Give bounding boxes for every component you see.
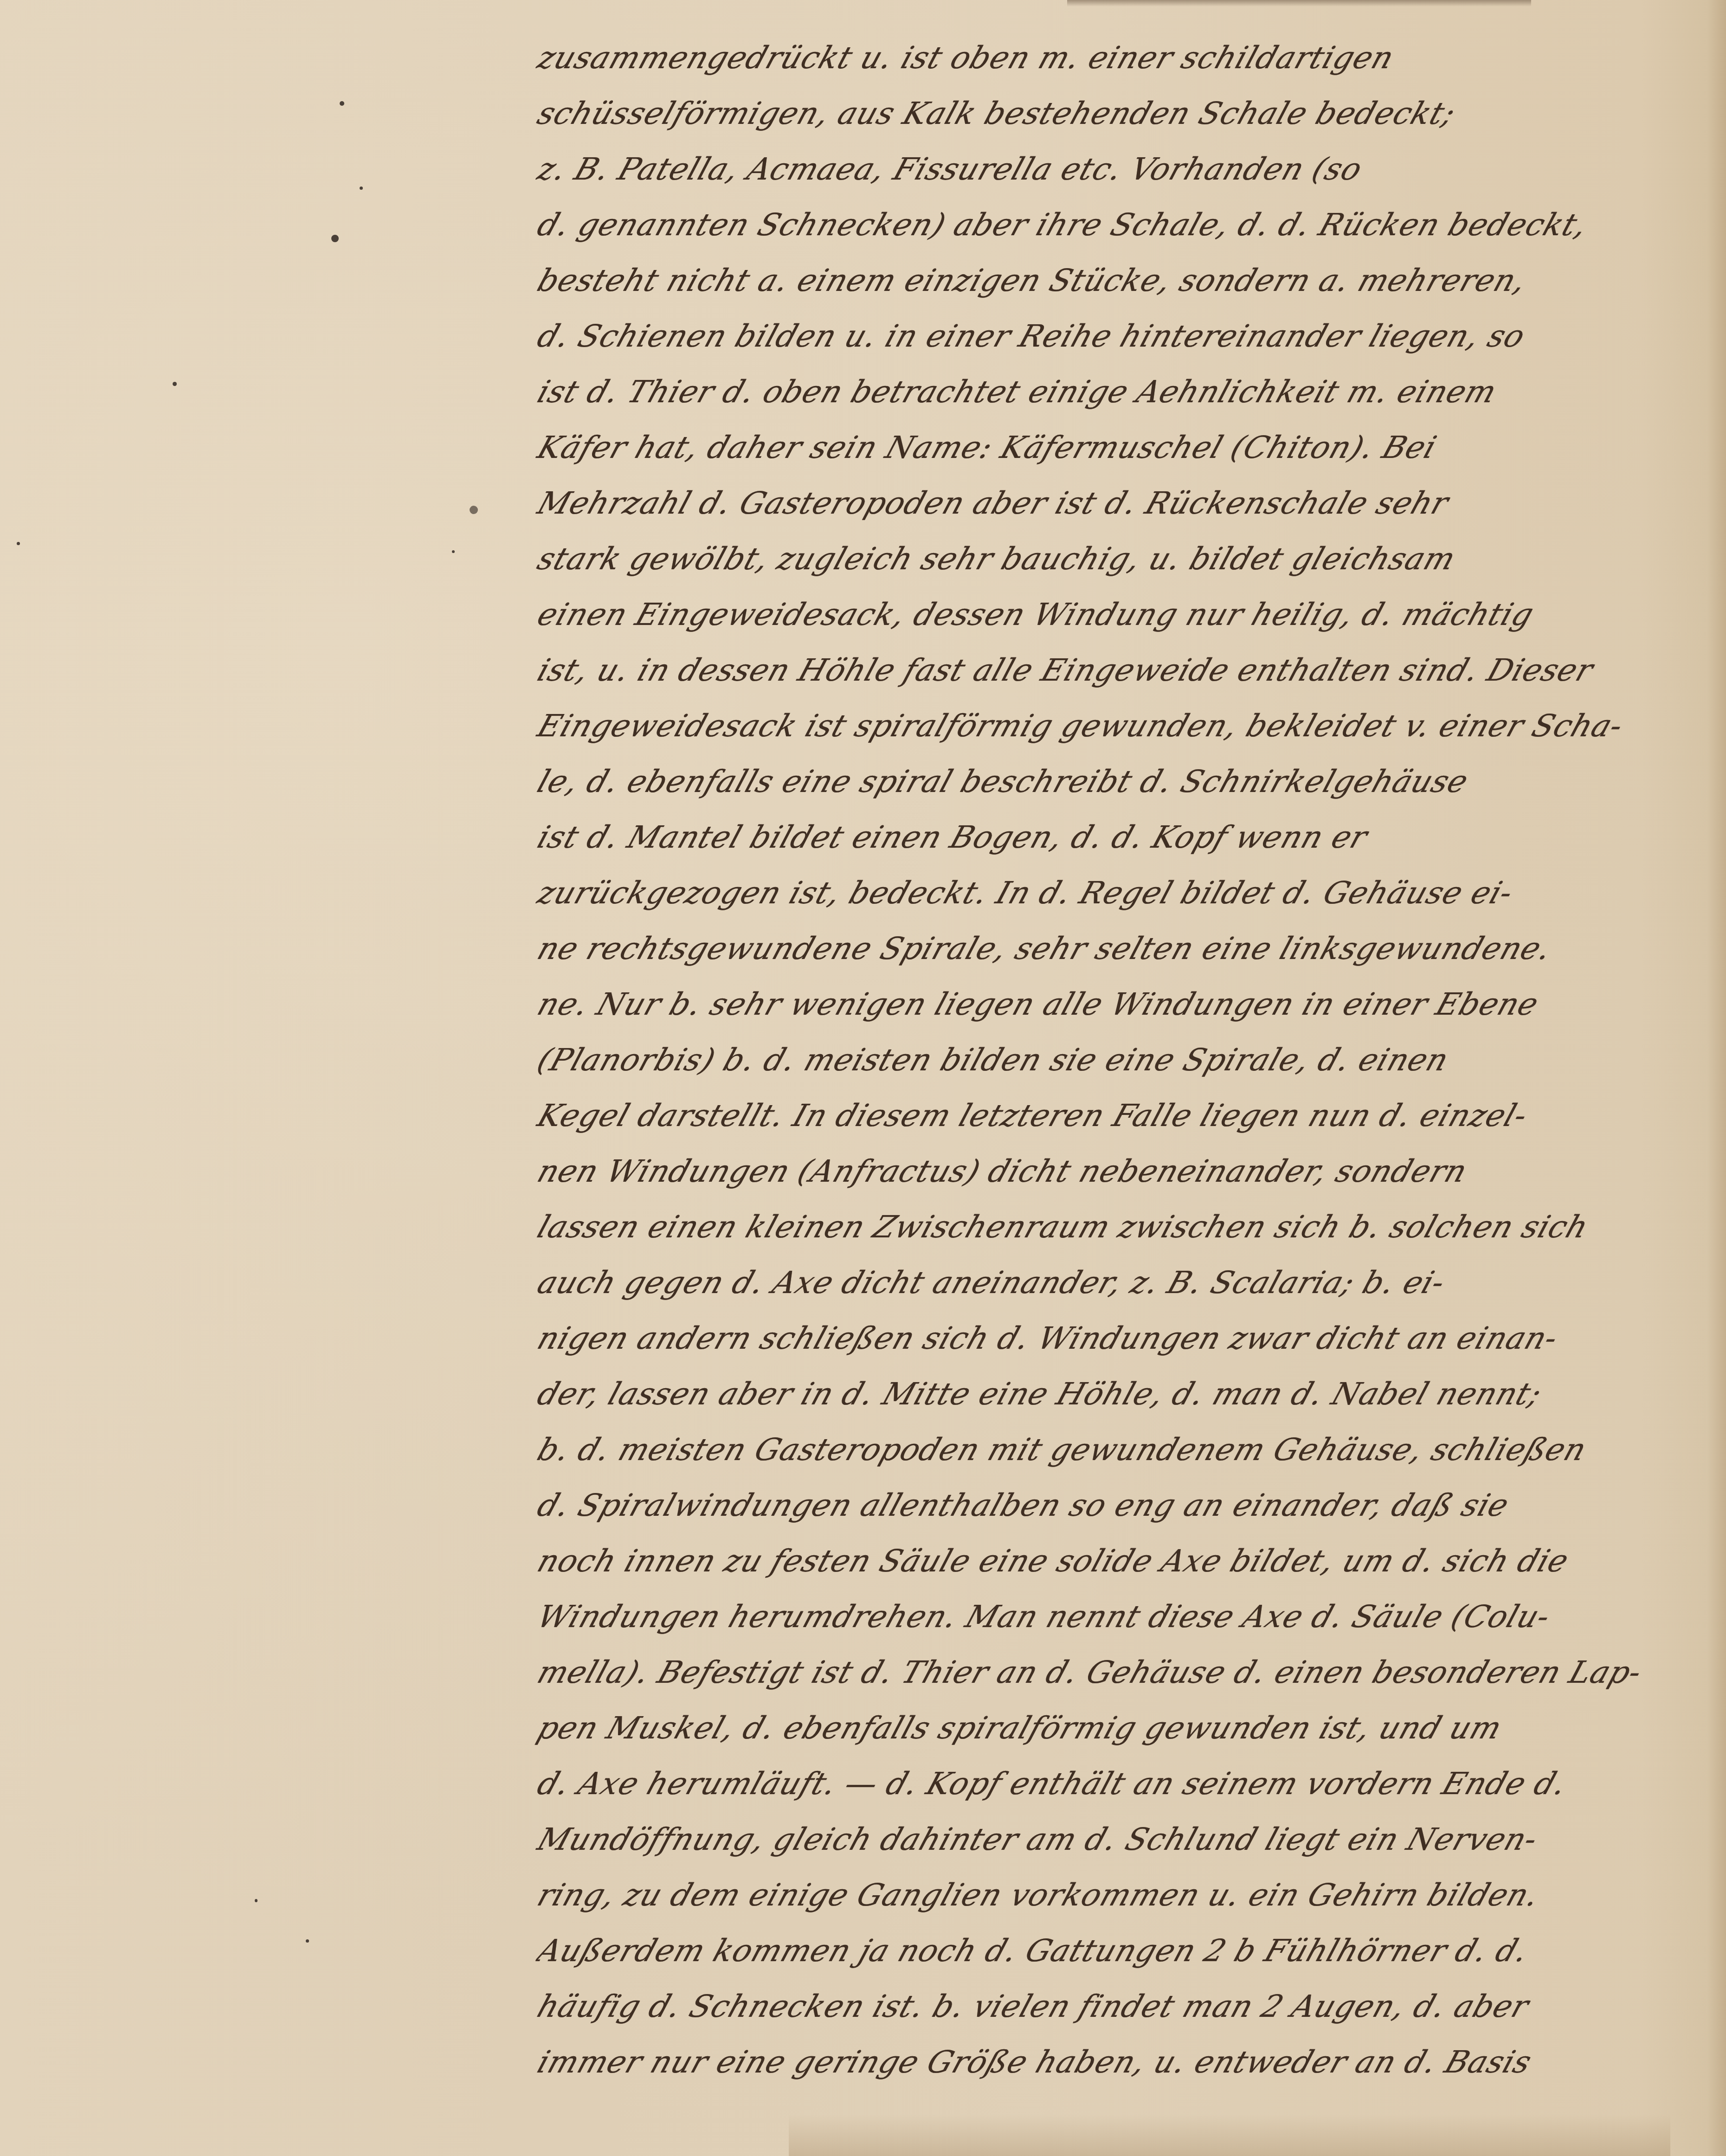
manuscript-line: stark gewölbt, zugleich sehr bauchig, u.… (529, 529, 1699, 589)
ink-speck (331, 235, 339, 242)
manuscript-line: le, d. ebenfalls eine spiral beschreibt … (529, 752, 1699, 812)
manuscript-line: ne rechtsgewundene Spirale, sehr selten … (529, 919, 1699, 979)
manuscript-line: Mundöffnung, gleich dahinter am d. Schlu… (529, 1809, 1699, 1870)
manuscript-line: d. Axe herumläuft. — d. Kopf enthält an … (529, 1754, 1699, 1814)
manuscript-line: d. Schienen bilden u. in einer Reihe hin… (529, 306, 1699, 367)
manuscript-line: Eingeweidesack ist spiralförmig gewunden… (529, 696, 1699, 756)
manuscript-line: immer nur eine geringe Größe haben, u. e… (529, 2032, 1699, 2092)
manuscript-line: Käfer hat, daher sein Name: Käfermuschel… (529, 418, 1699, 478)
manuscript-line: auch gegen d. Axe dicht aneinander, z. B… (529, 1253, 1699, 1313)
bottom-edge-stain (789, 2114, 1670, 2156)
manuscript-line: mella). Befestigt ist d. Thier an d. Geh… (529, 1642, 1699, 1703)
manuscript-line: besteht nicht a. einem einzigen Stücke, … (529, 251, 1699, 311)
manuscript-line: z. B. Patella, Acmaea, Fissurella etc. V… (529, 139, 1699, 200)
manuscript-line: ne. Nur b. sehr wenigen liegen alle Wind… (529, 974, 1699, 1035)
ink-speck (340, 101, 344, 106)
manuscript-line: ist d. Thier d. oben betrachtet einige A… (529, 362, 1699, 422)
manuscript-line: der, lassen aber in d. Mitte eine Höhle,… (529, 1364, 1699, 1424)
manuscript-line: nen Windungen (Anfractus) dicht nebenein… (529, 1141, 1699, 1202)
manuscript-line: zusammengedrückt u. ist oben m. einer sc… (529, 28, 1699, 88)
manuscript-line: Außerdem kommen ja noch d. Gattungen 2 b… (529, 1921, 1699, 1981)
manuscript-line: noch innen zu festen Säule eine solide A… (529, 1531, 1699, 1591)
ink-speck (255, 1899, 258, 1902)
manuscript-line: ring, zu dem einige Ganglien vorkommen u… (529, 1865, 1699, 1925)
manuscript-line: lassen einen kleinen Zwischenraum zwisch… (529, 1197, 1699, 1257)
manuscript-line: d. Spiralwindungen allenthalben so eng a… (529, 1475, 1699, 1536)
ink-speck (470, 506, 478, 514)
manuscript-line: ist d. Mantel bildet einen Bogen, d. d. … (529, 807, 1699, 868)
ink-speck (306, 1939, 309, 1943)
manuscript-line: ist, u. in dessen Höhle fast alle Eingew… (529, 640, 1699, 701)
manuscript-line: Windungen herumdrehen. Man nennt diese A… (529, 1587, 1699, 1647)
manuscript-line: einen Eingeweidesack, dessen Windung nur… (529, 585, 1699, 645)
manuscript-page: zusammengedrückt u. ist oben m. einer sc… (0, 0, 1726, 2156)
manuscript-line: Kegel darstellt. In diesem letzteren Fal… (529, 1086, 1699, 1146)
manuscript-line: zurückgezogen ist, bedeckt. In d. Regel … (529, 863, 1699, 923)
manuscript-line: d. genannten Schnecken) aber ihre Schale… (529, 195, 1699, 255)
manuscript-line: Mehrzahl d. Gasteropoden aber ist d. Rüc… (529, 473, 1699, 534)
manuscript-line: pen Muskel, d. ebenfalls spiralförmig ge… (529, 1698, 1699, 1758)
manuscript-line: schüsselförmigen, aus Kalk bestehenden S… (529, 84, 1699, 144)
binding-edge-shadow (1067, 0, 1531, 6)
ink-speck (360, 187, 363, 190)
manuscript-line: b. d. meisten Gasteropoden mit gewundene… (529, 1420, 1699, 1480)
manuscript-line: nigen andern schließen sich d. Windungen… (529, 1308, 1699, 1369)
manuscript-line: häufig d. Schnecken ist. b. vielen finde… (529, 1976, 1699, 2037)
page-edge-shadow (1707, 0, 1726, 2156)
manuscript-line: (Planorbis) b. d. meisten bilden sie ein… (529, 1030, 1699, 1090)
ink-speck (17, 542, 20, 545)
ink-speck (452, 550, 455, 553)
ink-speck (173, 382, 177, 386)
